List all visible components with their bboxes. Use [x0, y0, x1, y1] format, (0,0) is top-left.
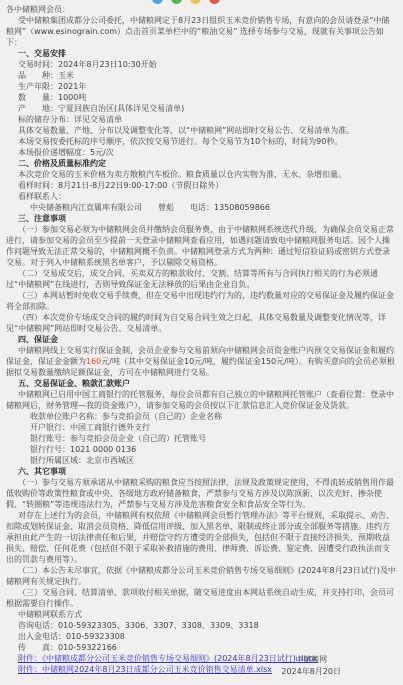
intro-paragraph: 受中储粮集团成都分公司委托，中储粮网定于8月23日组织玉米竞价销售专场，有意向的… — [6, 15, 397, 48]
attachment-rules-link[interactable]: 附件：《中储粮成都分公司玉米竞价销售专场交易细则》(2024年8月23日试行).… — [18, 654, 318, 663]
session-rule-note: 本场交易按委托标的序号顺序，依次按交易节进行。每个交易节为10个标的，时间为90… — [6, 136, 397, 147]
quantity-note: 具体交易数量、产地、分布以及调整变化等，以“中储粮网”网站即时交易公告、交易清单… — [6, 125, 397, 136]
variety-field: 品 种：玉米 — [6, 70, 397, 81]
section-2-heading: 二、价格及质量标准约定 — [6, 158, 397, 169]
price-quality-note: 本次竞价交易的玉米价格为卖方散粮汽车板价。粮食质量以仓内实物为准，无水、杂增扣量… — [6, 169, 397, 180]
signature-org: 中储粮网 — [281, 654, 341, 666]
signature-date: 2024年8月20日 — [281, 666, 341, 678]
bid-increment-field: 本场报价递增幅度：5元/次 — [6, 147, 397, 158]
section-1-heading: 一、交易安排 — [6, 48, 397, 59]
inspection-time-field: 看样时间：8月21日-8月22日9:00-17:00（节假日除外） — [6, 180, 397, 191]
funds-phone-field: 出入金电话：010-59323308 — [6, 631, 397, 642]
payee-name-field: 收款单位账户名称：参与竞拍会员（自己的）企业名称 — [6, 411, 397, 422]
notice-item-1: （一）参加交易必须为中储粮网会员并缴纳会员服务费，由于中储粮网系统迭代升级，为确… — [6, 224, 397, 268]
notice-item-4: （四）本次竞价专场成交合同的履约时间为自交易合同生效之日起，具体交易数量及调整变… — [6, 312, 397, 334]
signature-block: 中储粮网 2024年8月20日 — [281, 654, 341, 678]
custody-paragraph: 中储粮网已启用中国工商银行的托管服务，每位会员都有自己独立的中储粮网托管账户（查… — [6, 389, 397, 411]
section-3-heading: 三、注意事项 — [6, 213, 397, 224]
consult-phone-field: 咨询电话：010-59323305、3306、3307、3308、3309、33… — [6, 620, 397, 631]
notice-item-3: （三）本网站暂时免收交易手续费，但在交易中出现违约行为的，违约数量对应的交易保证… — [6, 290, 397, 312]
other-item-2: （二）本公告未尽事宜，依据《中储粮成都分公司玉米竞价销售专场交易细则》(2024… — [6, 565, 397, 587]
attachment-list-link[interactable]: 附件：中储粮网2024年8月23日成都分公司玉米竞价销售交易清单.xlsx — [18, 665, 272, 674]
announcement-page: 各中储粮网会员：受中储粮集团成都分公司委托，中储粮网定于8月23日组织玉米竞价销… — [0, 0, 403, 685]
highlighted-amount: 160 — [86, 357, 101, 366]
other-item-1: （一）参与交易方须承诺从中储粮采购的粮食应当按照法律、法规及政策规定使用，不得流… — [6, 477, 397, 510]
notice-item-2: （二）交易成交后，成交合同、买卖双方的粮款收付、交割、结算等所有与合同执行相关的… — [6, 268, 397, 290]
inspection-contact-detail: 中央储备粮内江直属库有限公司 曾彪 电话：13508059866 — [6, 202, 397, 213]
bank-name-field: 开户银行：中国工商银行德外支行 — [6, 422, 397, 433]
other-item-1-penalty: 对存在上述行为的会员，中储粮网有权依照《中储粮网会员暂行管理办法》等平台规则，采… — [6, 510, 397, 565]
production-year-field: 生产年限：2021年 — [6, 81, 397, 92]
quantity-field: 数 量：1000吨 — [6, 92, 397, 103]
trade-time-field: 交易时间：2024年8月23日10:30开始 — [6, 59, 397, 70]
deposit-paragraph: 中储粮网线上交易实行保证金制，会员企业参与交易前须向中储粮网会员资金账户内预交交… — [6, 345, 397, 378]
bank-account-field: 银行账号：参与竞拍会员企业（自己的）托管账号 — [6, 433, 397, 444]
origin-field: 产 地：宁夏回族自治区(具体详见交易清单) — [6, 103, 397, 114]
section-6-heading: 六、其它事项 — [6, 466, 397, 477]
storage-distribution-field: 标的储存分布：详见交易清单 — [6, 114, 397, 125]
bank-region-field: 银行所属区域：北京市西城区 — [6, 455, 397, 466]
document-body: 各中储粮网会员：受中储粮集团成都分公司委托，中储粮网定于8月23日组织玉米竞价销… — [6, 4, 397, 675]
bank-code-field: 银行行号：1021 0000 0136 — [6, 444, 397, 455]
inspection-contact-label: 看样联系人： — [6, 191, 397, 202]
salutation: 各中储粮网会员： — [6, 4, 397, 15]
fax-field: 传 真：010-59322166 — [6, 642, 397, 653]
other-item-3: （三）交易合同、结算清单、款项收付相关单据，随交易进度由本网站系统自动生成，并支… — [6, 587, 397, 609]
section-5-heading: 五、交易保证金、粮款汇款账户 — [6, 378, 397, 389]
section-4-heading: 四、保证金 — [6, 334, 397, 345]
contact-heading: 中储粮网联系方式 — [6, 609, 397, 620]
